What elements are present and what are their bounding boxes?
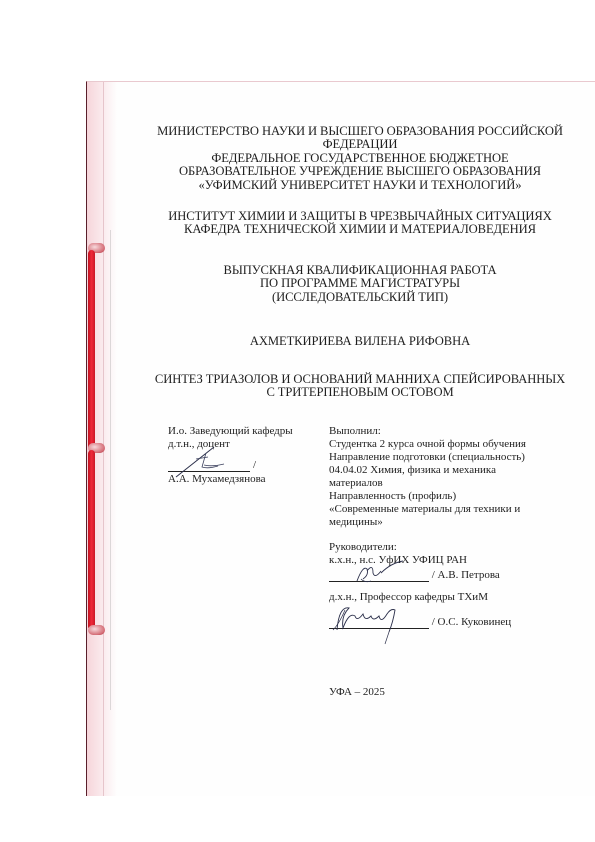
supervisors-label: Руководители: — [329, 541, 589, 554]
head-of-department-block: И.о. Заведующий кафедры д.т.н., доцент /… — [168, 425, 318, 486]
binding-thread-upper — [88, 250, 95, 450]
performed-by-line: материалов — [329, 477, 589, 490]
work-type-line: (ИССЛЕДОВАТЕЛЬСКИЙ ТИП) — [150, 291, 570, 304]
binding-thread-lower — [88, 450, 95, 630]
performed-by-line: медицины» — [329, 516, 589, 529]
performed-by-line: 04.04.02 Химия, физика и механика — [329, 464, 589, 477]
ministry-line: МИНИСТЕРСТВО НАУКИ И ВЫСШЕГО ОБРАЗОВАНИЯ… — [150, 125, 570, 138]
ministry-line: «УФИМСКИЙ УНИВЕРСИТЕТ НАУКИ И ТЕХНОЛОГИЙ… — [150, 179, 570, 192]
supervisor-position: д.х.н., Профессор кафедры ТХиМ — [329, 591, 589, 604]
head-name: А.А. Мухамедзянова — [168, 473, 318, 486]
ministry-header: МИНИСТЕРСТВО НАУКИ И ВЫСШЕГО ОБРАЗОВАНИЯ… — [150, 125, 570, 192]
head-signature-row: / — [168, 451, 318, 473]
title-line: С ТРИТЕРПЕНОВЫМ ОСТОВОМ — [150, 386, 570, 399]
performed-by-line: Направление подготовки (специальность) — [329, 451, 589, 464]
thesis-title: СИНТЕЗ ТРИАЗОЛОВ И ОСНОВАНИЙ МАННИХА СПЕ… — [150, 373, 570, 400]
ministry-line: ФЕДЕРАЛЬНОЕ ГОСУДАРСТВЕННОЕ БЮДЖЕТНОЕ — [150, 152, 570, 165]
ministry-line: ОБРАЗОВАТЕЛЬНОЕ УЧРЕЖДЕНИЕ ВЫСШЕГО ОБРАЗ… — [150, 165, 570, 178]
supervisors-block: Руководители: к.х.н., н.с. УфИХ УФИЦ РАН… — [329, 541, 589, 630]
performed-by-line: «Современные материалы для техники и — [329, 503, 589, 516]
signature-line — [329, 567, 429, 582]
department-line: КАФЕДРА ТЕХНИЧЕСКОЙ ХИМИИ И МАТЕРИАЛОВЕД… — [150, 223, 570, 236]
work-type: ВЫПУСКНАЯ КВАЛИФИКАЦИОННАЯ РАБОТА ПО ПРО… — [150, 264, 570, 304]
supervisor-signature-row: / А.В. Петрова — [329, 567, 589, 583]
signature-slash: / — [253, 459, 256, 471]
supervisor-name: / О.С. Куковинец — [432, 616, 511, 628]
performed-by-line: Направленность (профиль) — [329, 490, 589, 503]
binder-edge — [103, 82, 104, 796]
binding-thread-loop-bottom — [88, 625, 105, 635]
performed-by-label: Выполнил: — [329, 425, 589, 438]
signature-line — [168, 451, 250, 472]
work-type-line: ВЫПУСКНАЯ КВАЛИФИКАЦИОННАЯ РАБОТА — [150, 264, 570, 277]
author-name: АХМЕТКИРИЕВА ВИЛЕНА РИФОВНА — [150, 335, 570, 348]
work-type-line: ПО ПРОГРАММЕ МАГИСТРАТУРЫ — [150, 277, 570, 290]
supervisor-signature-row: / О.С. Куковинец — [329, 606, 589, 630]
supervisor-position: к.х.н., н.с. УфИХ УФИЦ РАН — [329, 554, 589, 567]
performed-by-block: Выполнил: Студентка 2 курса очной формы … — [329, 425, 589, 630]
binding-fold-line — [110, 230, 111, 710]
performed-by-line: Студентка 2 курса очной формы обучения — [329, 438, 589, 451]
head-degree: д.т.н., доцент — [168, 438, 318, 451]
institute-header: ИНСТИТУТ ХИМИИ И ЗАЩИТЫ В ЧРЕЗВЫЧАЙНЫХ С… — [150, 210, 570, 237]
institute-line: ИНСТИТУТ ХИМИИ И ЗАЩИТЫ В ЧРЕЗВЫЧАЙНЫХ С… — [150, 210, 570, 223]
city-year: УФА – 2025 — [329, 686, 385, 698]
title-line: СИНТЕЗ ТРИАЗОЛОВ И ОСНОВАНИЙ МАННИХА СПЕ… — [150, 373, 570, 386]
ministry-line: ФЕДЕРАЦИИ — [150, 138, 570, 151]
head-role: И.о. Заведующий кафедры — [168, 425, 318, 438]
supervisor-name: / А.В. Петрова — [432, 569, 500, 581]
signature-line — [329, 606, 429, 629]
